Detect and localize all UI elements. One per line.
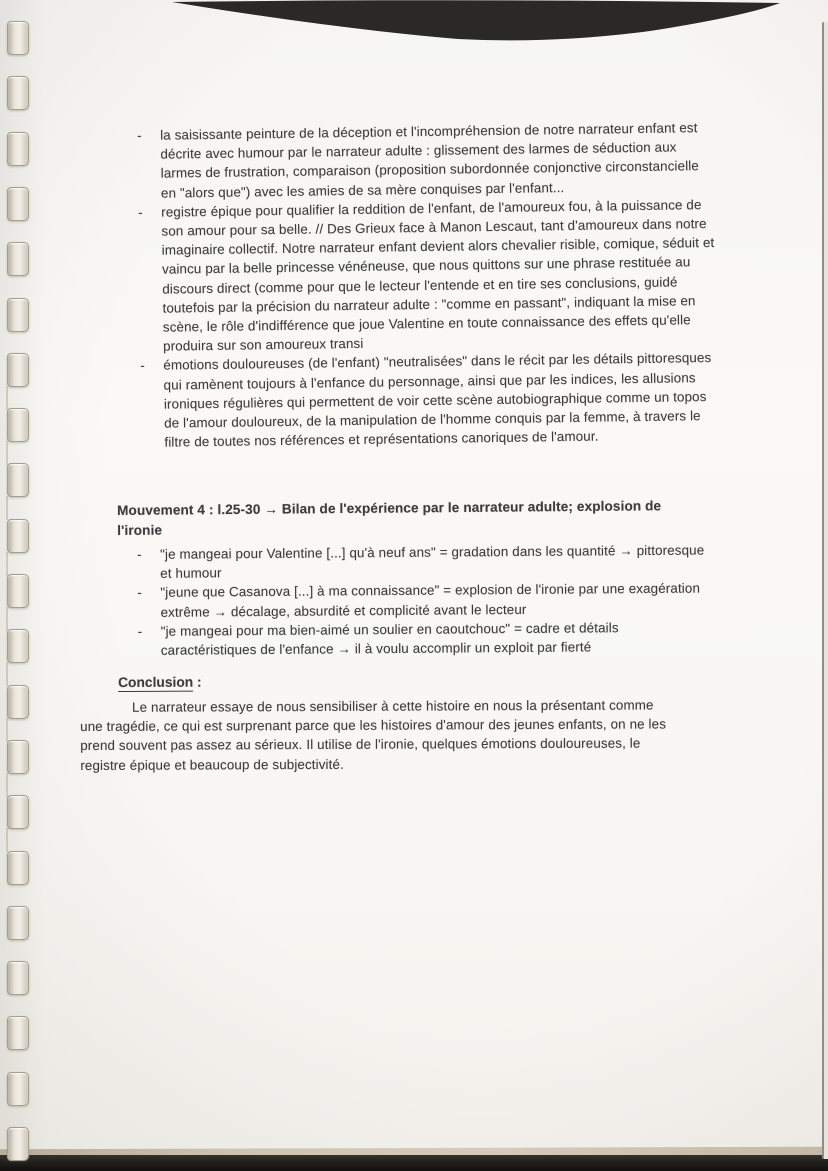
bullet-text: émotions douloureuses (de l'enfant) "neu… [163,348,719,452]
bullet-text: registre épique pour qualifier la reddit… [161,195,718,356]
bullet-text: la saisissante peinture de la déception … [160,118,716,203]
conclusion-paragraph: Le narrateur essaye de nous sensibiliser… [80,695,674,774]
bullet-item: - émotions douloureuses (de l'enfant) "n… [140,348,719,452]
bullet-text: "je mangeai pour Valentine [...] qu'à ne… [160,540,715,583]
movement4-heading: Mouvement 4 : l.25-30 → Bilan de l'expér… [117,496,709,540]
bullet-item: - "je mangeai pour Valentine [...] qu'à … [137,540,715,583]
bullet-dash: - [137,545,160,584]
bullet-text: "je mangeai pour ma bien-aimé un soulier… [161,617,716,660]
conclusion-heading: Conclusion : [118,673,202,693]
bullet-item: - la saisissante peinture de la déceptio… [137,118,716,203]
document-content: - la saisissante peinture de la déceptio… [0,0,828,1171]
conclusion-heading-underlined: Conclusion [118,675,193,692]
bullet-dash: - [138,202,163,356]
movement4-bullet-list: - "je mangeai pour Valentine [...] qu'à … [137,540,716,660]
bullet-item: - registre épique pour qualifier la redd… [138,195,718,357]
bullet-dash: - [140,356,164,452]
bullet-item: - "je mangeai pour ma bien-aimé un souli… [138,617,716,660]
scanned-page-photo: - la saisissante peinture de la déceptio… [0,0,828,1171]
conclusion-heading-colon: : [193,675,202,690]
bullet-text: "jeune que Casanova [...] à ma connaissa… [160,579,715,622]
analysis-bullet-list: - la saisissante peinture de la déceptio… [137,118,720,452]
bullet-item: - "jeune que Casanova [...] à ma connais… [137,579,715,622]
bullet-dash: - [137,126,161,203]
bullet-dash: - [137,583,160,622]
bullet-dash: - [138,622,161,661]
